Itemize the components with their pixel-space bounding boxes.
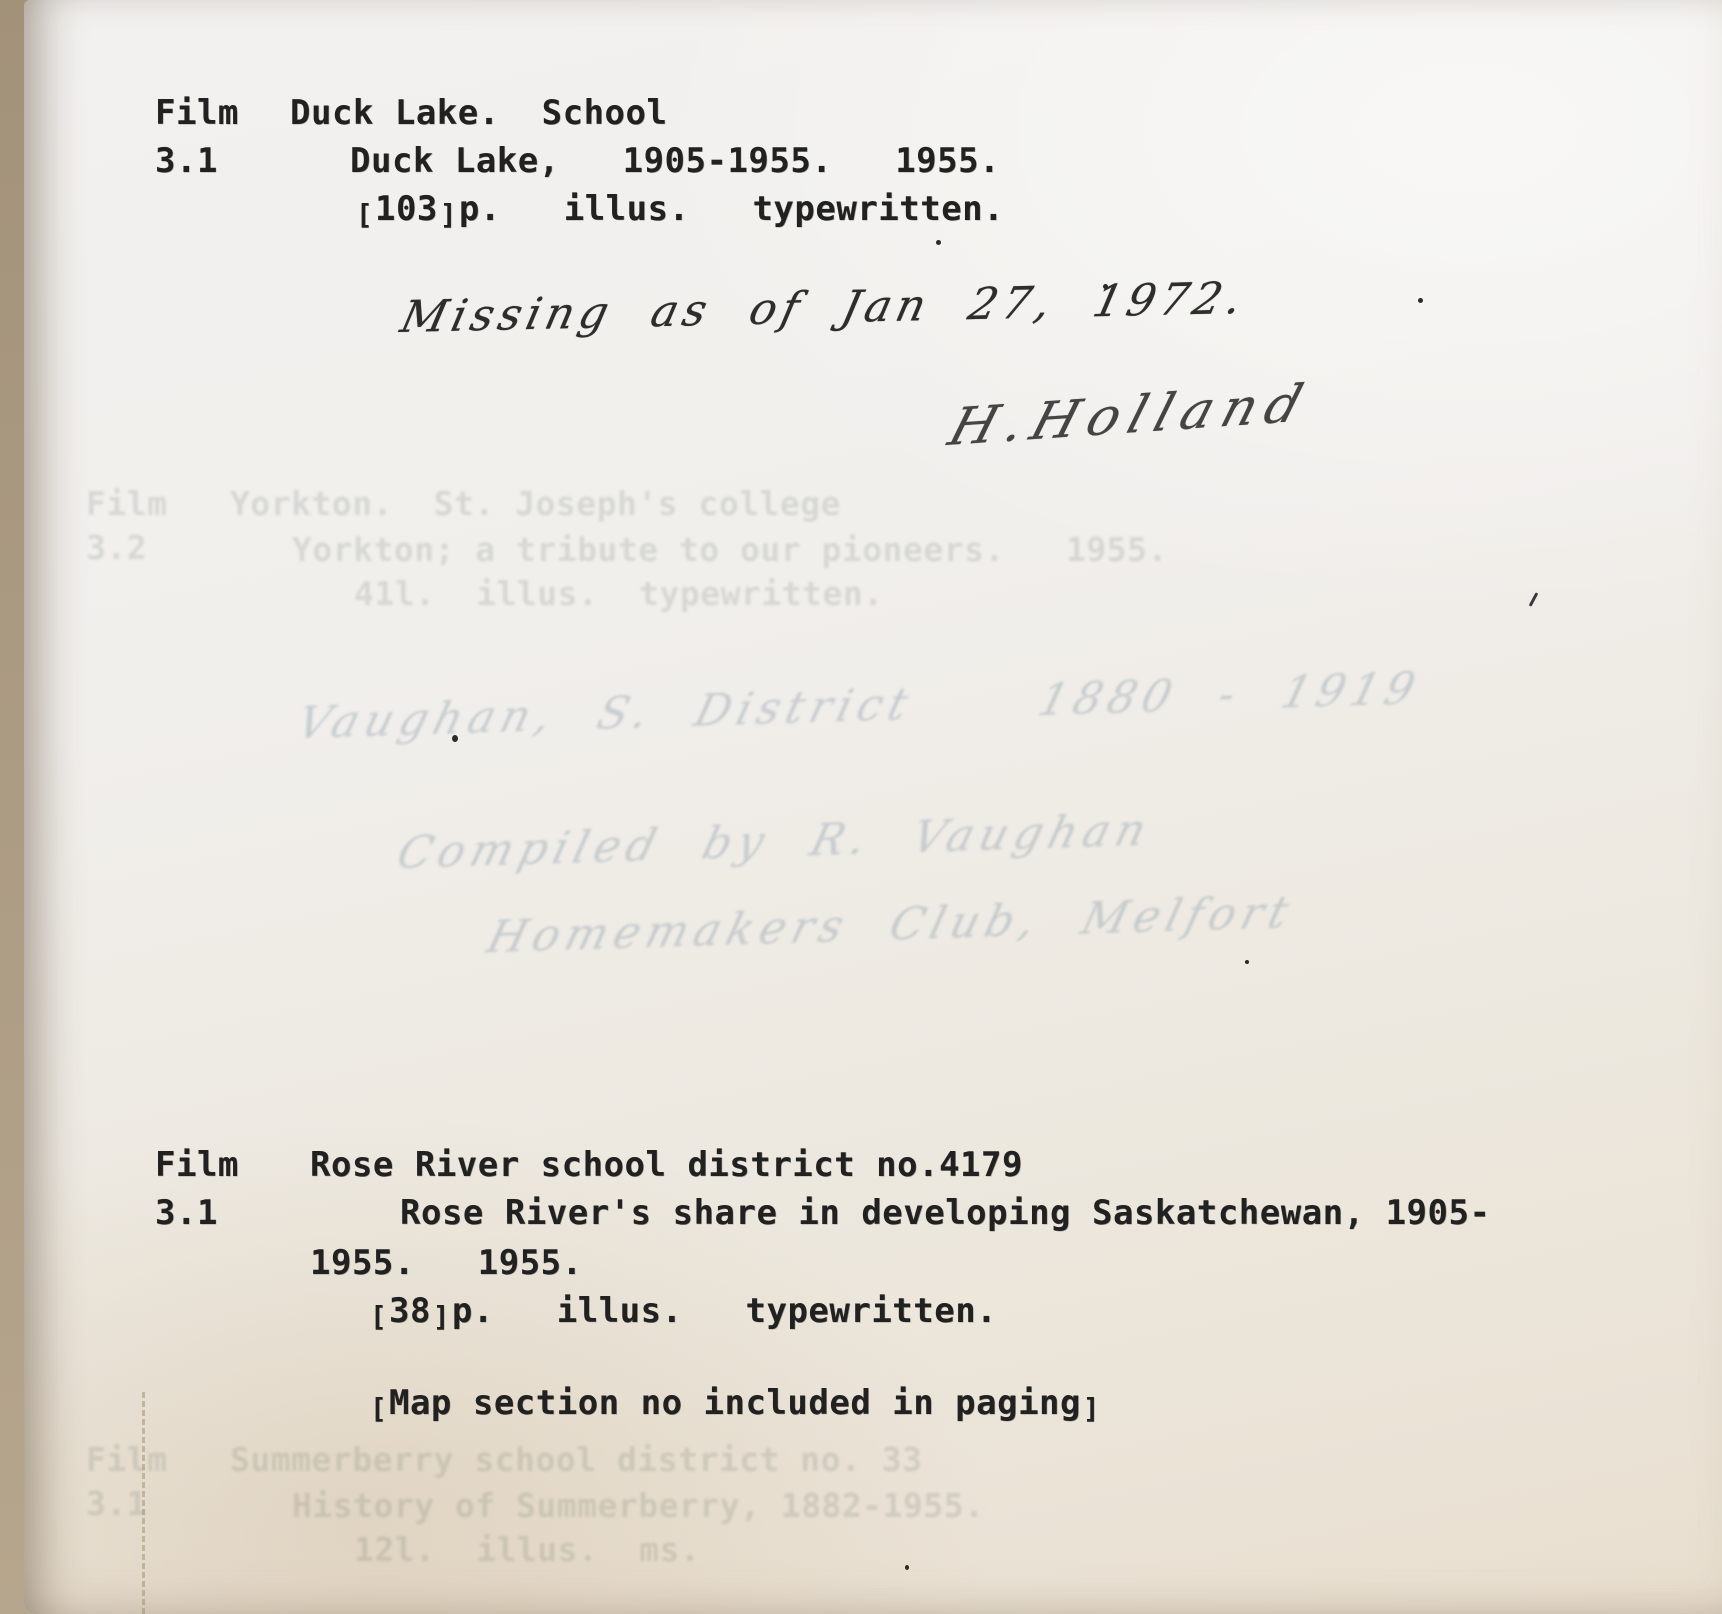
entry-bottom-collation-line: [38]p. illus. typewritten. xyxy=(368,1294,997,1328)
entry-bottom-heading: Rose River school district no.4179 xyxy=(310,1148,1023,1182)
page-count: 103 xyxy=(375,189,438,229)
bracket-close: ] xyxy=(433,1303,450,1331)
ghost-entry-format-label: Film xyxy=(86,487,167,520)
ink-speck xyxy=(905,1565,909,1570)
ink-speck xyxy=(1245,960,1249,964)
binding-perforation-line xyxy=(142,1392,145,1614)
document-photograph: Film 3.1 Duck Lake. School Duck Lake, 19… xyxy=(0,0,1722,1614)
pen-tick-mark xyxy=(1529,592,1539,607)
ghost-handwriting-line1: Vaughan, S. District 1880 - 1919 xyxy=(292,663,1426,749)
ghost-bottom-heading: Summerberry school district no. 33 xyxy=(230,1443,923,1476)
ghost-entry-call-number: 3.2 xyxy=(86,531,147,564)
collation-text: p. illus. typewritten. xyxy=(459,189,1004,229)
handwritten-signature: H.Holland xyxy=(942,374,1318,458)
document-page: Film 3.1 Duck Lake. School Duck Lake, 19… xyxy=(24,0,1722,1614)
ghost-handwriting-line3: Homemakers Club, Melfort xyxy=(482,887,1300,963)
handwritten-missing-note: Missing as of Jan 27, 1972. xyxy=(396,273,1252,343)
ghost-entry-title-line: Yorkton; a tribute to our pioneers. 1955… xyxy=(292,533,1168,566)
map-note-text: Map section no included in paging xyxy=(389,1383,1081,1423)
entry-bottom-format-label: Film xyxy=(155,1148,239,1182)
ghost-entry-heading: Yorkton. St. Joseph's college xyxy=(230,487,841,520)
ink-speck xyxy=(1418,298,1423,303)
collation-text: p. illus. typewritten. xyxy=(452,1291,997,1331)
entry-top-collation-line: [103]p. illus. typewritten. xyxy=(354,192,1004,226)
ink-speck xyxy=(936,240,941,245)
ink-speck xyxy=(1103,284,1108,289)
ghost-bottom-call-number: 3.1 xyxy=(86,1487,147,1520)
entry-bottom-map-note: [Map section no included in paging] xyxy=(368,1386,1102,1420)
bracket-close: ] xyxy=(440,201,457,229)
bracket-open: [ xyxy=(356,201,373,229)
bracket-open: [ xyxy=(370,1395,387,1423)
page-count: 38 xyxy=(389,1291,431,1331)
entry-bottom-title-line1: Rose River's share in developing Saskatc… xyxy=(400,1196,1490,1230)
entry-bottom-title-line2: 1955. 1955. xyxy=(310,1246,583,1280)
entry-top-format-label: Film xyxy=(155,96,239,130)
entry-top-heading: Duck Lake. School xyxy=(290,96,667,130)
ghost-entry-collation-line: 41l. illus. typewritten. xyxy=(354,577,884,610)
bracket-open: [ xyxy=(370,1303,387,1331)
ghost-bottom-collation-line: 12l. illus. ms. xyxy=(354,1533,700,1566)
bracket-close: ] xyxy=(1083,1395,1100,1423)
entry-top-call-number: 3.1 xyxy=(155,144,218,178)
ghost-handwriting-line2: Compiled by R. Vaughan xyxy=(392,805,1157,879)
ink-speck xyxy=(452,735,458,742)
ghost-bottom-format-label: Film xyxy=(86,1443,167,1476)
entry-top-title-line: Duck Lake, 1905-1955. 1955. xyxy=(350,144,1000,178)
ghost-bottom-title-line: History of Summerberry, 1882-1955. xyxy=(292,1489,985,1522)
entry-bottom-call-number: 3.1 xyxy=(155,1196,218,1230)
